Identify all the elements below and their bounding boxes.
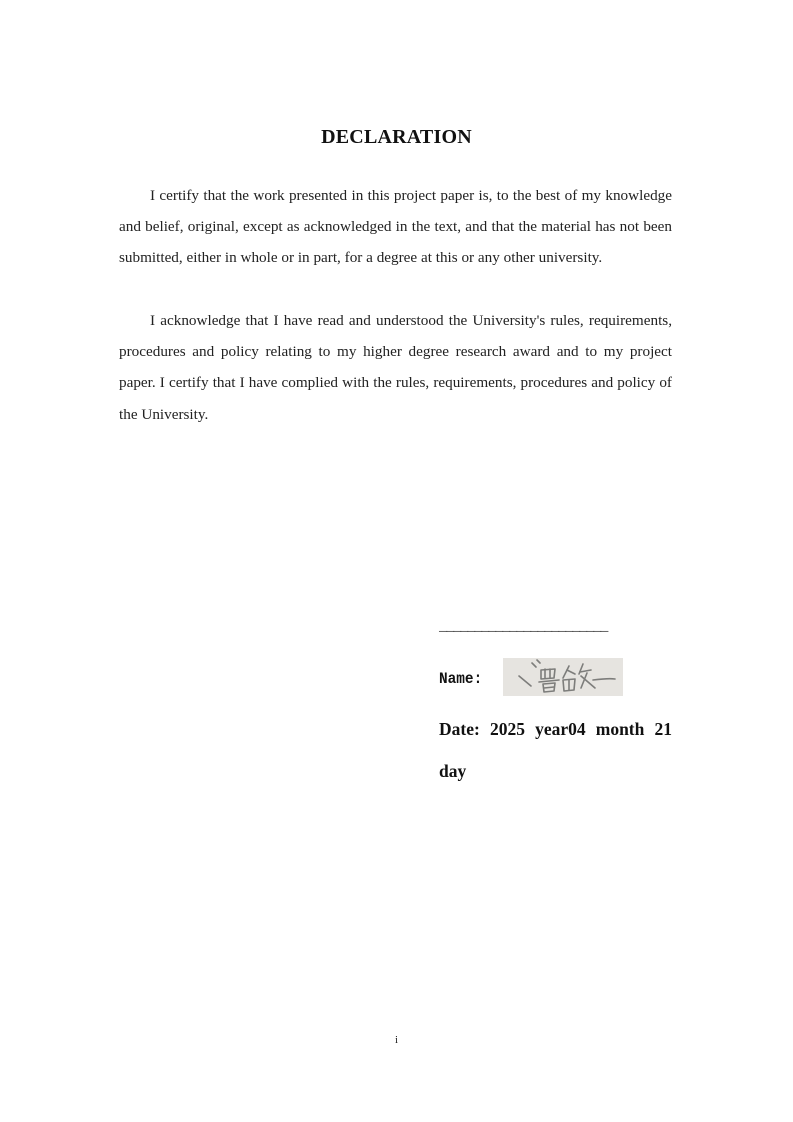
signature-line: ________________________ (439, 620, 674, 640)
page-title: DECLARATION (0, 126, 793, 149)
signature-block: ________________________ Name: (439, 620, 674, 640)
declaration-paragraph-1: I certify that the work presented in thi… (119, 180, 672, 274)
date-line: Date: 2025 year04 month 21 (439, 708, 672, 750)
name-row: Name: (439, 658, 487, 698)
name-label: Name: (439, 670, 482, 688)
document-page: DECLARATION I certify that the work pres… (0, 0, 793, 1122)
paragraph-text: I acknowledge that I have read and under… (119, 305, 672, 430)
handwritten-signature-icon (503, 658, 623, 696)
declaration-paragraph-2: I acknowledge that I have read and under… (119, 305, 672, 430)
signature-image (503, 658, 623, 696)
paragraph-text: I certify that the work presented in thi… (119, 180, 672, 274)
page-number: i (0, 1034, 793, 1046)
date-day: day (439, 750, 466, 792)
